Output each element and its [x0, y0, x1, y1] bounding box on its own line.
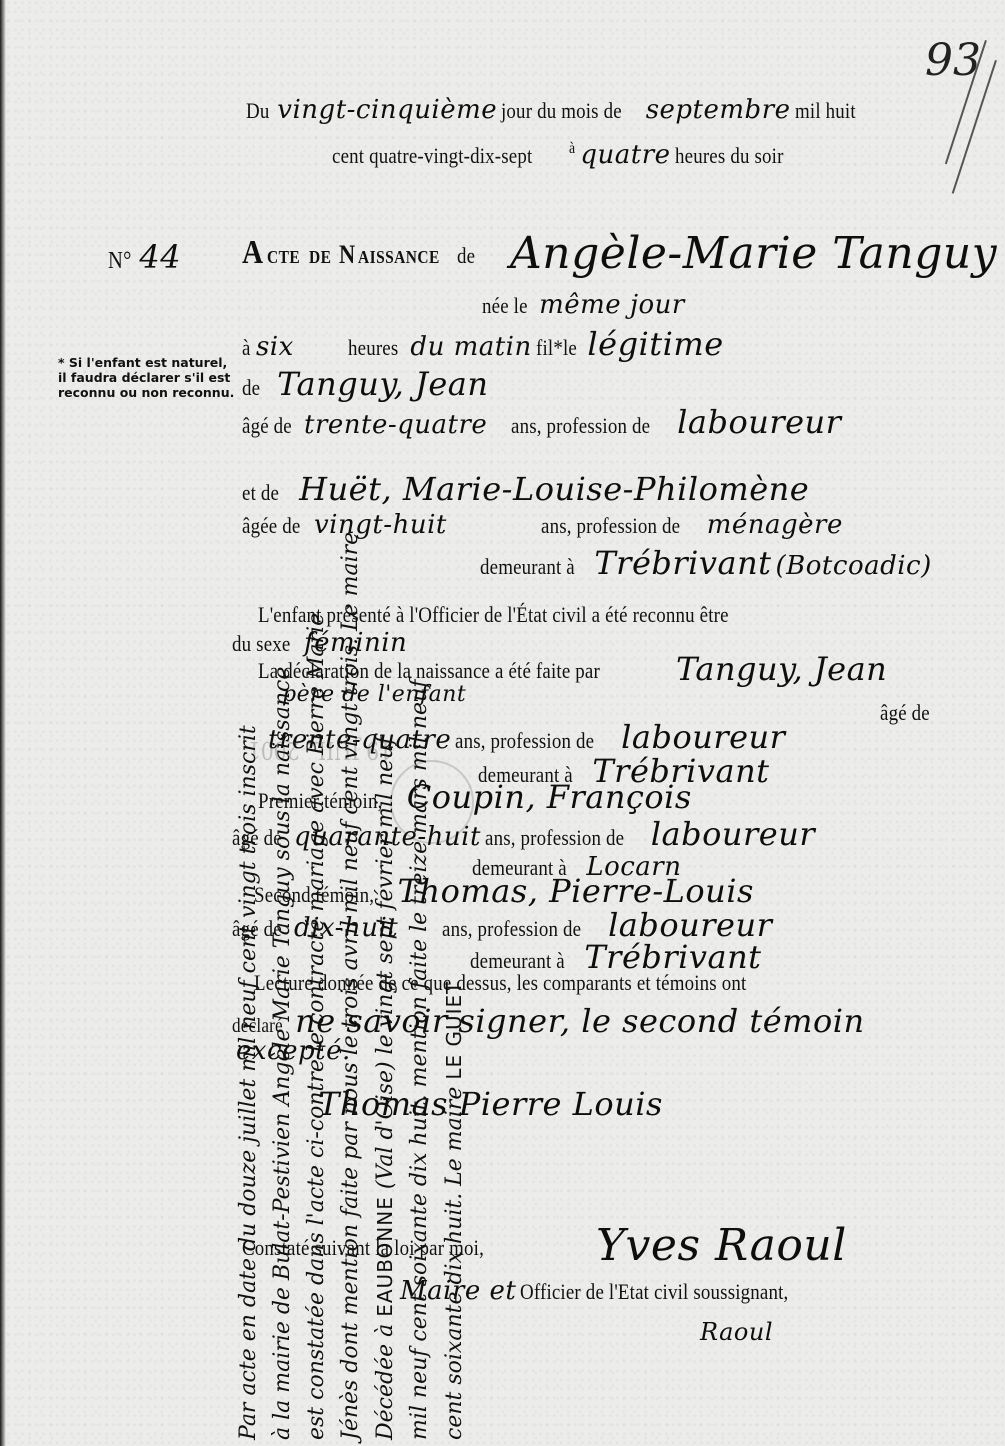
birth-time-line: à six heures du matin fil*le légitime — [242, 325, 724, 363]
birth-certificate-page: 93 Du vingt-cinquième jour du mois de se… — [0, 0, 1005, 1446]
header-line-2: cent quatre-vingt-dix-sept à quatre heur… — [332, 140, 801, 170]
marginal-annotation: Par acte en date du douze juillet mil ne… — [232, 400, 472, 1440]
footnote-natural-child: * Si l'enfant est naturel, il faudra déc… — [58, 355, 238, 400]
margin-line: mil neuf cent soixante dix huit. mention… — [403, 400, 437, 1440]
margin-line: Jénès dont mention faite par nous le tro… — [334, 400, 368, 1440]
header-day: vingt-cinquième — [277, 95, 497, 125]
child-name: Angèle-Marie Tanguy — [510, 228, 997, 279]
margin-line: à la mairie de Bulat-Pestivien Angèle Ma… — [266, 400, 300, 1440]
header-month: septembre — [646, 95, 791, 125]
header-line-1: Du vingt-cinquième jour du mois de septe… — [246, 95, 865, 125]
act-title: ACTE DE NAISSANCE de — [242, 234, 478, 272]
officer-name: Yves Raoul — [596, 1220, 847, 1271]
declarant-age-label: âgé de — [880, 700, 930, 726]
father-name-line: de Tanguy, Jean — [242, 365, 488, 403]
header-hour: quatre — [580, 140, 670, 170]
act-number: N° 44 — [108, 238, 181, 276]
margin-line: est constatée dans l'acte ci-contre le c… — [300, 400, 334, 1440]
margin-line: Par acte en date du douze juillet mil ne… — [232, 400, 266, 1440]
margin-mayor-line: cent soixante dix huit. Le maire LE GUIE… — [437, 400, 472, 1440]
officer-signature: Raoul — [700, 1318, 773, 1346]
margin-death-line: Décédée à EAUBONNE (Val d'Oise) le vingt… — [368, 400, 403, 1440]
mother-residence-line: demeurant à Trébrivant (Botcoadic) — [480, 544, 932, 582]
declarant-name: Tanguy, Jean — [676, 650, 887, 688]
scan-edge-shadow — [0, 0, 6, 1446]
born-line: née le même jour — [482, 290, 685, 320]
